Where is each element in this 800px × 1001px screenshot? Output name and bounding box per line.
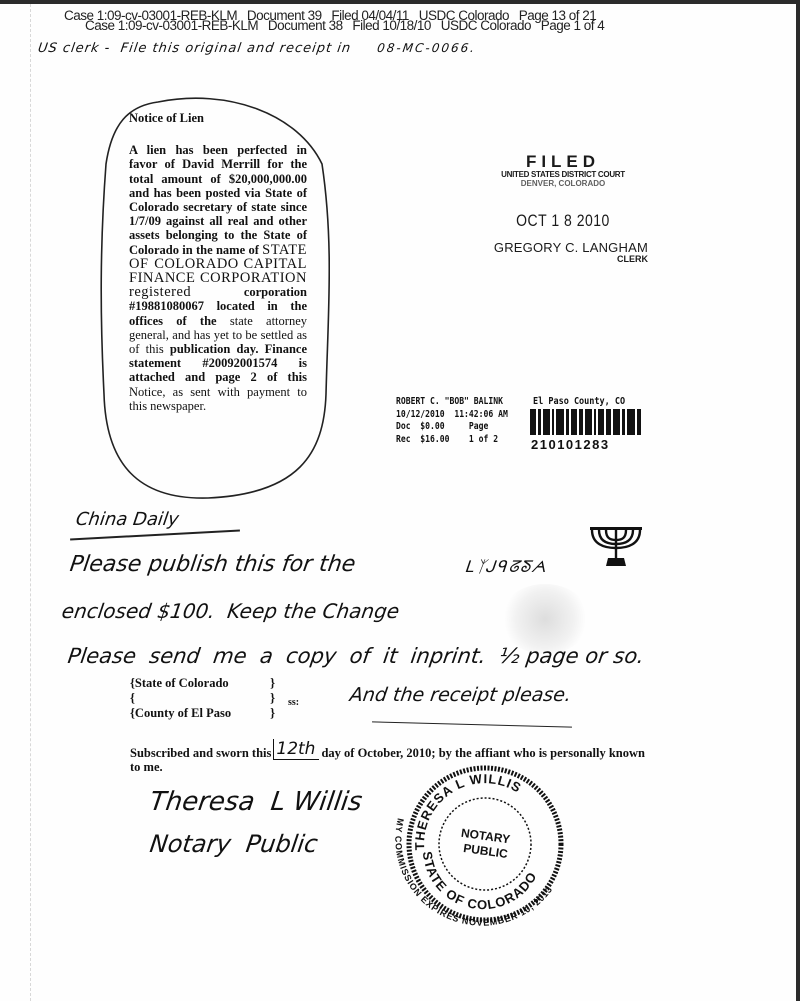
seal-bottom-text: STATE OF COLORADO [420,850,540,912]
venue-brace: } [270,676,275,691]
notary-title-handwritten: Notary Public [148,830,319,858]
notary-seal: THERESA L WILLIS STATE OF COLORADO MY CO… [385,754,575,944]
doc-fee: Doc $0.00 Page [396,421,508,434]
venue-ss: ss: [288,697,299,708]
handwritten-line-3: Please send me a copy of it inprint. ½ p… [66,644,645,668]
filed-court: UNITED STATES DISTRICT COURT [478,170,648,179]
venue-state: {State of Colorado [130,676,229,691]
handwritten-hebrew-script: ᒪᛉᒍᑫᘔᘕᗅ [465,557,549,577]
newspaper-underline [70,530,240,540]
handwritten-line-4: And the receipt please. [348,684,572,706]
document-page: Case 1:09-cv-03001-REB-KLM Document 39 F… [0,4,796,1001]
menorah-icon [588,526,644,568]
receipt-underline [372,721,572,727]
clerk-note-text: US clerk - File this original and receip… [37,41,352,56]
venue-block: {State of Colorado} {} {County of El Pas… [130,676,275,721]
filed-label: FILED [478,154,648,170]
venue-blank: { [130,691,135,706]
recording-stamp: ROBERT C. "BOB" BALINK10/12/2010 11:42:0… [396,396,508,446]
notice-title: Notice of Lien [129,111,307,125]
recording-county: El Paso County, CO [533,396,625,407]
venue-brace: } [270,691,275,706]
notice-body-5: Notice, as sent with payment to this new… [129,385,307,413]
venue-brace: } [270,706,275,721]
clerk-note-case-ref: 08-MC-0066. [376,41,477,55]
filed-location: DENVER, COLORADO [478,179,648,188]
handwritten-clerk-note: US clerk - File this original and receip… [37,41,477,56]
svg-text:STATE OF COLORADO: STATE OF COLORADO [420,850,540,912]
jurat-prefix: Subscribed and sworn this [130,746,271,760]
handwritten-line-1: Please publish this for the [68,552,357,577]
rec-fee: Rec $16.00 1 of 2 [396,434,508,447]
handwritten-line-2: enclosed $100. Keep the Change [60,599,401,623]
filed-date: OCT 1 8 2010 [478,210,648,229]
reception-number: 210101283 [531,437,610,452]
filed-clerk-name: GREGORY C. LANGHAM [478,240,648,255]
recorder-name: ROBERT C. "BOB" BALINK [396,396,508,409]
court-filed-stamp: FILED UNITED STATES DISTRICT COURT DENVE… [478,154,648,264]
filed-clerk-title: CLERK [478,255,648,264]
venue-county: {County of El Paso [130,706,231,721]
recording-datetime: 10/12/2010 11:42:06 AM [396,409,508,422]
notice-body-1: A lien has been perfected in favor of Da… [129,143,307,256]
notary-signature: Theresa L Willis [148,787,364,817]
jurat-day: 12th [273,739,319,760]
notice-of-lien: Notice of Lien A lien has been perfected… [129,111,307,413]
case-header-doc38: Case 1:09-cv-03001-REB-KLM Document 38 F… [85,19,604,33]
handwritten-newspaper: China Daily [75,509,181,530]
barcode [530,409,654,435]
scan-margin-line [30,4,31,1001]
